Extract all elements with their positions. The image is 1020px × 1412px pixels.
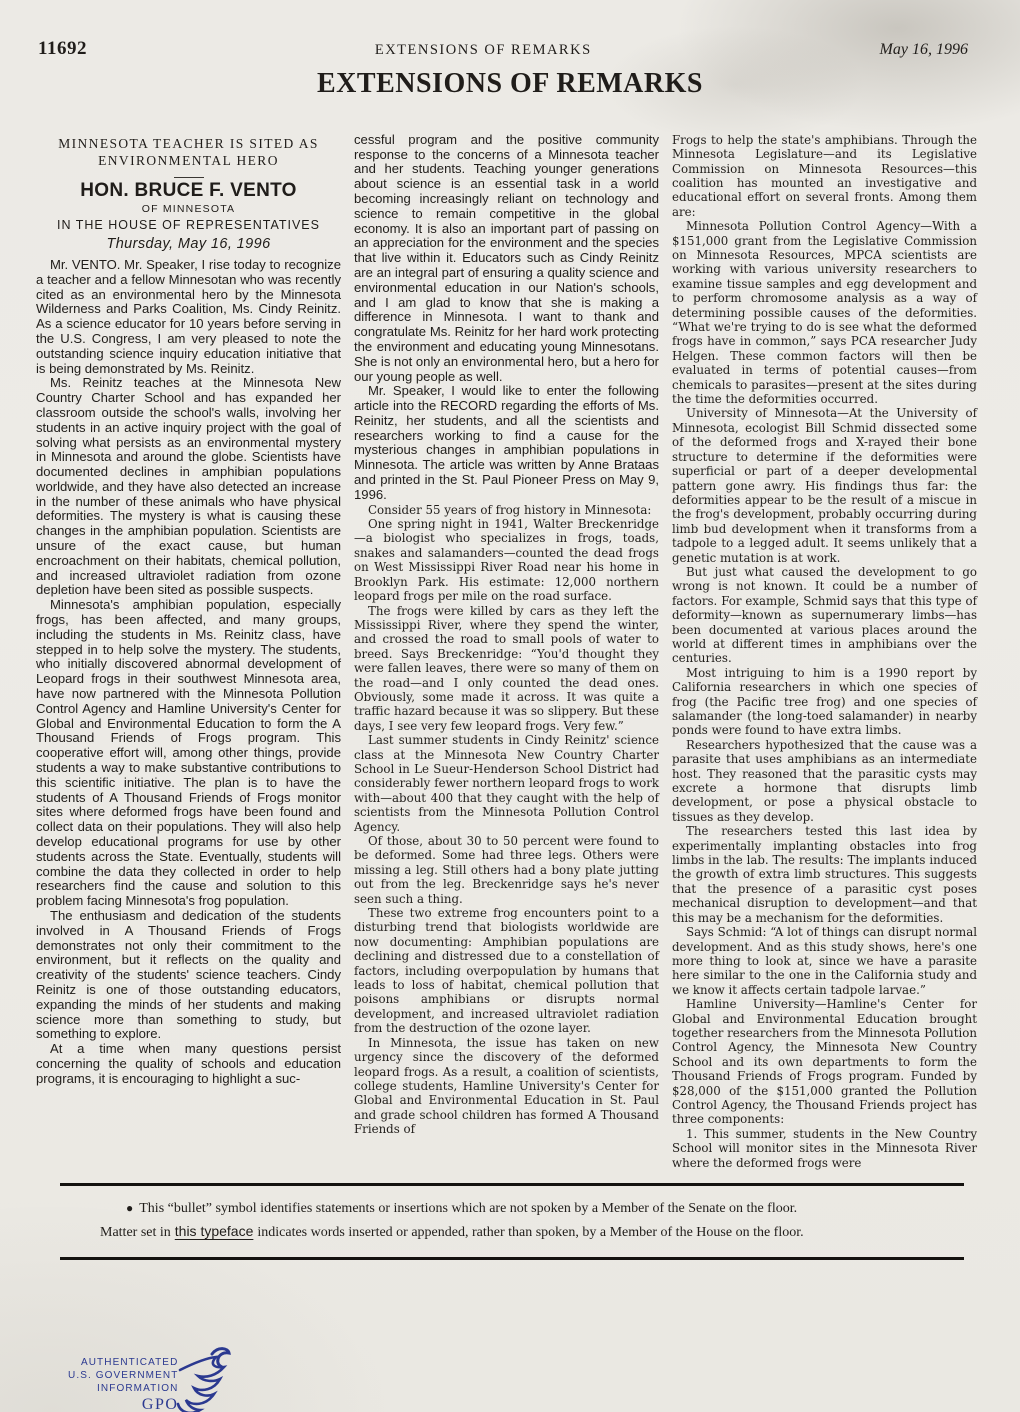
three-column-body: MINNESOTA TEACHER IS SITED AS ENVIRONMEN… xyxy=(0,119,1020,1170)
paragraph: Of those, about 30 to 50 percent were fo… xyxy=(354,834,659,906)
paragraph: These two extreme frog encounters point … xyxy=(354,906,659,1036)
entry-heading-line2: ENVIRONMENTAL HERO xyxy=(36,152,341,170)
footnote-line-1: ●This “bullet” symbol identifies stateme… xyxy=(100,1197,956,1220)
column-2-speech-paragraphs: cessful program and the positive communi… xyxy=(354,133,659,503)
paragraph: Mr. VENTO. Mr. Speaker, I rise today to … xyxy=(36,258,341,376)
page-title: EXTENSIONS OF REMARKS xyxy=(0,68,1020,100)
paragraph: Most intriguing to him is a 1990 report … xyxy=(672,666,977,738)
dateline: Thursday, May 16, 1996 xyxy=(36,237,341,252)
paragraph: Frogs to help the state's amphibians. Th… xyxy=(672,133,977,219)
gpo-authentication-logo: AUTHENTICATED U.S. GOVERNMENT INFORMATIO… xyxy=(68,1344,234,1412)
gpo-abbr: GPO xyxy=(68,1398,178,1411)
paragraph: Consider 55 years of frog history in Min… xyxy=(354,503,659,517)
column-2-article-paragraphs: Consider 55 years of frog history in Min… xyxy=(354,503,659,1137)
heading-divider xyxy=(174,177,204,178)
paragraph: Minnesota Pollution Control Agency—With … xyxy=(672,219,977,406)
footnote-line-2: Matter set inthis typefaceindicates word… xyxy=(100,1220,956,1244)
column-3: Frogs to help the state's amphibians. Th… xyxy=(672,133,977,1170)
paragraph: The researchers tested this last idea by… xyxy=(672,824,977,925)
paragraph: 1. This summer, students in the New Coun… xyxy=(672,1127,977,1170)
paragraph: At a time when many questions persist co… xyxy=(36,1042,341,1086)
bullet-icon: ● xyxy=(126,1201,133,1215)
speaker-name: HON. BRUCE F. VENTO xyxy=(36,184,341,199)
record-footnote: ●This “bullet” symbol identifies stateme… xyxy=(60,1183,964,1260)
running-header: 11692 EXTENSIONS OF REMARKS May 16, 1996 xyxy=(0,0,1020,60)
paragraph: The enthusiasm and dedication of the stu… xyxy=(36,909,341,1042)
column-1-speech-paragraphs: Mr. VENTO. Mr. Speaker, I rise today to … xyxy=(36,258,341,1087)
page-number: 11692 xyxy=(38,38,87,60)
paragraph: University of Minnesota—At the Universit… xyxy=(672,406,977,564)
running-head: EXTENSIONS OF REMARKS xyxy=(375,42,592,59)
gpo-logo-line2: U.S. GOVERNMENT xyxy=(68,1369,178,1382)
footnote-line1-text: This “bullet” symbol identifies statemen… xyxy=(139,1201,797,1216)
gpo-logo-line3: INFORMATION xyxy=(68,1382,178,1395)
running-date: May 16, 1996 xyxy=(880,41,968,59)
gpo-logo-text: AUTHENTICATED U.S. GOVERNMENT INFORMATIO… xyxy=(68,1356,178,1411)
column-3-article-paragraphs: Frogs to help the state's amphibians. Th… xyxy=(672,133,977,1170)
paragraph: One spring night in 1941, Walter Brecken… xyxy=(354,517,659,603)
paragraph: Mr. Speaker, I would like to enter the f… xyxy=(354,384,659,502)
paragraph: In Minnesota, the issue has taken on new… xyxy=(354,1036,659,1137)
gpo-eagle-icon xyxy=(172,1344,234,1412)
paragraph: Minnesota's amphibian population, especi… xyxy=(36,598,341,909)
paragraph: The frogs were killed by cars as they le… xyxy=(354,604,659,734)
gpo-logo-line1: AUTHENTICATED xyxy=(68,1356,178,1369)
paragraph: Last summer students in Cindy Reinitz' s… xyxy=(354,733,659,834)
column-1: MINNESOTA TEACHER IS SITED AS ENVIRONMEN… xyxy=(36,133,341,1170)
paragraph: Ms. Reinitz teaches at the Minnesota New… xyxy=(36,376,341,598)
paragraph: Says Schmid: “A lot of things can disrup… xyxy=(672,925,977,997)
paragraph: But just what caused the development to … xyxy=(672,565,977,666)
speaker-state: OF MINNESOTA xyxy=(36,202,341,217)
paragraph: cessful program and the positive communi… xyxy=(354,133,659,385)
paragraph: Researchers hypothesized that the cause … xyxy=(672,738,977,824)
entry-heading-line1: MINNESOTA TEACHER IS SITED AS xyxy=(36,135,341,153)
footnote-line2-pre: Matter set in xyxy=(100,1225,171,1240)
entry-heading: MINNESOTA TEACHER IS SITED AS ENVIRONMEN… xyxy=(36,135,341,170)
typeface-sample: this typeface xyxy=(175,1223,254,1239)
speaker-chamber: IN THE HOUSE OF REPRESENTATIVES xyxy=(36,218,341,233)
paragraph: Hamline University—Hamline's Center for … xyxy=(672,997,977,1127)
footnote-line2-post: indicates words inserted or appended, ra… xyxy=(257,1225,803,1240)
column-2: cessful program and the positive communi… xyxy=(354,133,659,1170)
